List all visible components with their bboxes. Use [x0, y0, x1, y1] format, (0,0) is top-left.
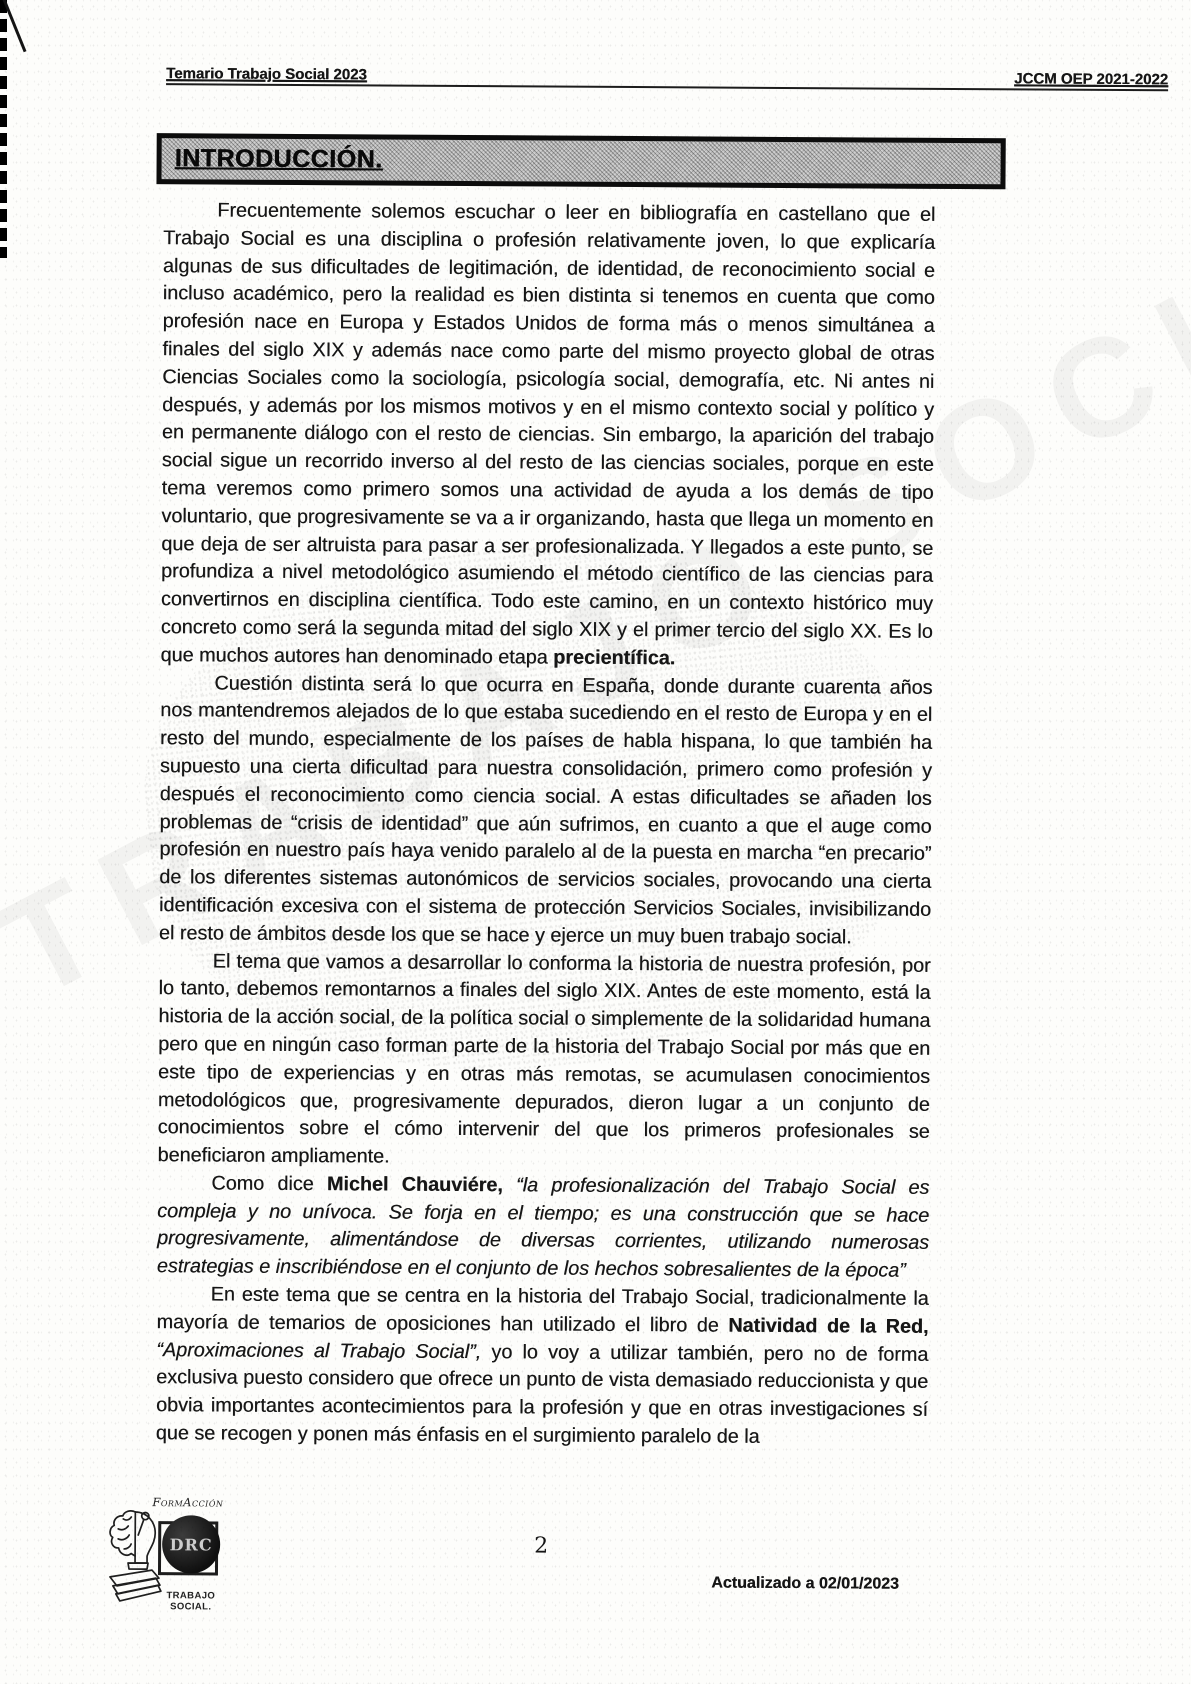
paragraph: El tema que vamos a desarrollar lo confo…: [157, 948, 930, 1175]
paragraph: En este tema que se centra en la histori…: [156, 1281, 929, 1452]
paragraph-run: Michel Chauviére,: [327, 1173, 516, 1196]
section-title-bar: INTRODUCCIÓN.: [156, 133, 1005, 189]
logo-circle: DRC: [162, 1515, 220, 1573]
paragraph-run: El tema que vamos a desarrollar lo confo…: [157, 950, 930, 1168]
logo-caption-line2: SOCIAL.: [170, 1601, 211, 1612]
document-page: Temario Trabajo Social 2023 JCCM OEP 202…: [0, 0, 1191, 1684]
page-header: Temario Trabajo Social 2023 JCCM OEP 202…: [166, 65, 1168, 91]
header-left-text: Temario Trabajo Social 2023: [166, 65, 367, 83]
paragraph-run: Frecuentemente solemos escuchar o leer e…: [161, 199, 936, 668]
paragraph: Frecuentemente solemos escuchar o leer e…: [160, 197, 935, 674]
logo-circle-text: DRC: [170, 1535, 213, 1554]
section-title: INTRODUCCIÓN.: [175, 144, 383, 174]
body-paragraphs: Frecuentemente solemos escuchar o leer e…: [156, 197, 936, 1453]
paragraph-run: “Aproximaciones al Trabajo Social”,: [156, 1339, 481, 1363]
paragraph-run: precientífica.: [553, 646, 675, 669]
paragraph-run: Como dice: [211, 1172, 327, 1195]
scan-edge-artifact: [0, 0, 7, 258]
paragraph: Cuestión distinta será lo que ocurra en …: [159, 670, 933, 953]
paragraph-run: Cuestión distinta será lo que ocurra en …: [159, 672, 933, 948]
paragraph-run: Natividad de la Red,: [728, 1315, 928, 1338]
publisher-logo: FormAcción DRC: [101, 1493, 252, 1659]
brain-lightbulb-icon: [102, 1505, 167, 1609]
header-right-text: JCCM OEP 2021-2022: [1014, 70, 1168, 88]
paragraph: Como dice Michel Chauviére, “la profesio…: [157, 1170, 930, 1286]
updated-note: Actualizado a 02/01/2023: [155, 1571, 899, 1594]
page-number: 2: [155, 1531, 927, 1561]
logo-caption: TRABAJO SOCIAL.: [158, 1591, 224, 1612]
